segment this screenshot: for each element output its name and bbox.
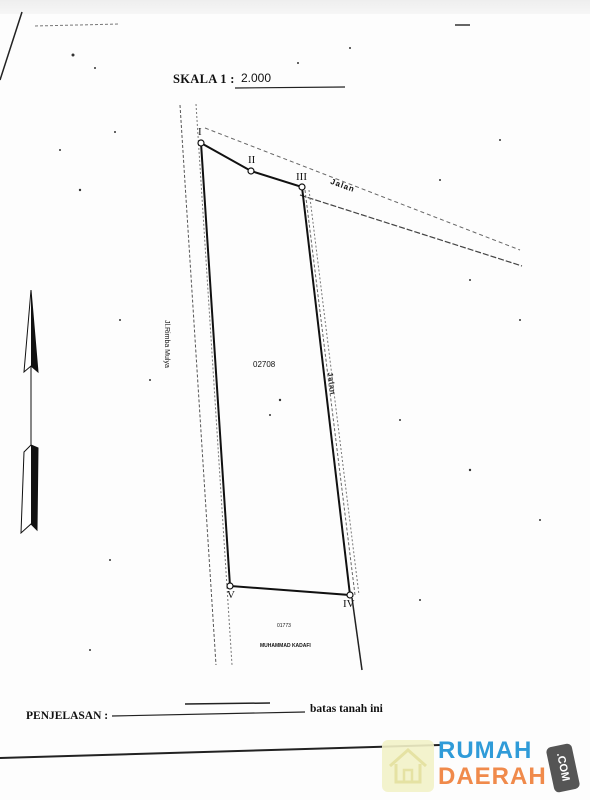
watermark-daerah: DAERAH (438, 763, 547, 791)
survey-drawing (0, 0, 590, 800)
watermark-rumah: RUMAH (438, 737, 532, 765)
house-icon (382, 740, 434, 792)
parcel-id: 02708 (253, 360, 275, 369)
road-label-left: Jl.Rimba Mulya (163, 320, 170, 368)
sheet-edge-line (0, 12, 22, 80)
road-jalan-top (205, 128, 522, 266)
watermark-com-text: .COM (553, 747, 573, 787)
neighbor-parcel-id: 01773 (277, 623, 291, 629)
corner-label-i: I (198, 126, 202, 138)
watermark-com-tag: .COM (546, 743, 581, 793)
legend-label: PENJELASAN : (26, 710, 108, 722)
legend-boundary-text: batas tanah ini (310, 703, 383, 715)
corner-ii (248, 168, 254, 174)
corner-label-iii: III (296, 171, 307, 183)
north-arrow-icon (21, 290, 38, 533)
corner-label-iv: IV (343, 598, 355, 610)
scale-value: 2.000 (241, 71, 271, 85)
watermark-logo: RUMAH DAERAH .COM (380, 737, 585, 797)
scale-label: SKALA 1 : (173, 72, 235, 87)
corner-iii (299, 184, 305, 190)
neighbor-owner: MUHAMMAD KADAFI (260, 643, 311, 649)
corner-label-ii: II (248, 154, 255, 166)
corner-label-v: V (227, 589, 235, 601)
corner-i (198, 140, 204, 146)
road-rimba-mulya (180, 104, 232, 665)
